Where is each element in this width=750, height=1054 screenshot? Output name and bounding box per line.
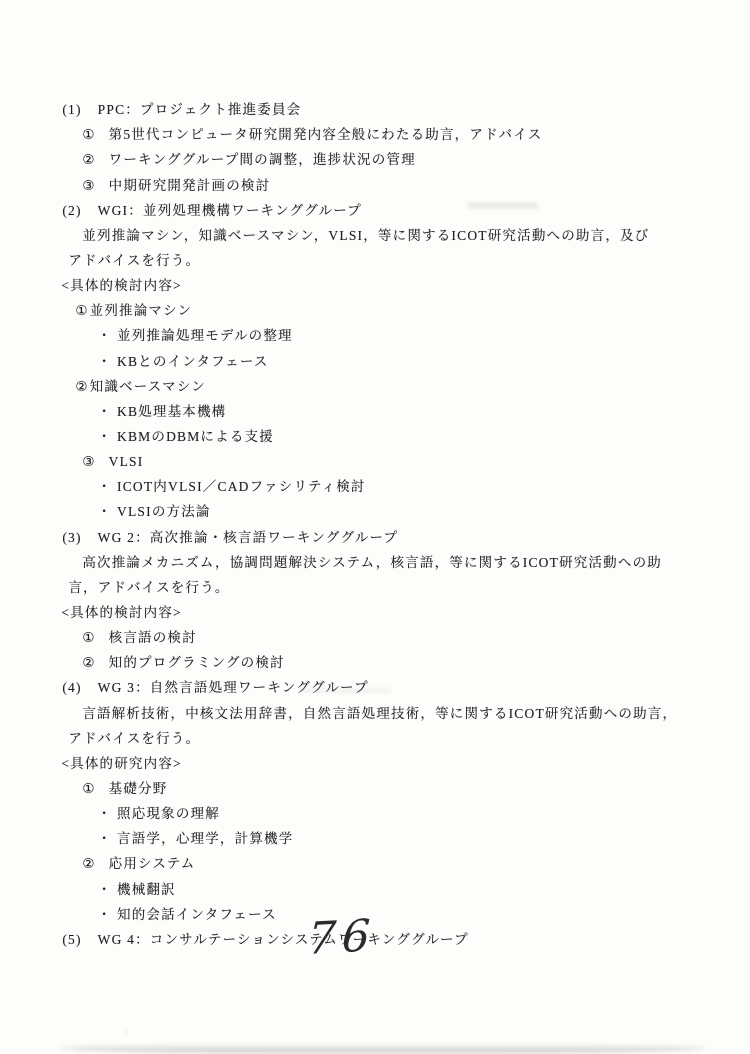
line-marker: ・ (97, 499, 112, 524)
line-text: アドバイスを行う。 (68, 253, 200, 268)
line-marker: ② (82, 147, 95, 172)
line-text: <具体的検討内容> (61, 278, 182, 293)
line-marker: ① (75, 298, 88, 323)
scan-noise-speck (124, 1030, 128, 1034)
document-lines: (1)PPC：プロジェクト推進委員会 ①第5世代コンピュータ研究開発内容全般にわ… (0, 72, 750, 927)
line-marker: (5) (62, 927, 81, 952)
line-text: WGI：並列処理機構ワーキンググループ (98, 203, 362, 218)
line-marker: ・ (97, 323, 112, 348)
line-marker: ・ (97, 877, 112, 902)
line-text: VLSI (109, 454, 144, 469)
line-marker: ③ (82, 173, 95, 198)
line-text: WG 2：高次推論・核言語ワーキンググループ (98, 530, 399, 545)
line-text: PPC：プロジェクト推進委員会 (98, 102, 302, 117)
line-text: VLSIの方法論 (117, 504, 211, 519)
line-text: <具体的検討内容> (61, 605, 182, 620)
line-marker: (3) (62, 525, 81, 550)
line-text: 並列推論マシン，知識ベースマシン，VLSI，等に関するICOT研究活動への助言，… (82, 228, 649, 243)
line-marker: ① (82, 625, 95, 650)
line-text: 基礎分野 (109, 781, 168, 796)
line-text: 機械翻訳 (117, 882, 176, 897)
line-marker: ・ (97, 424, 112, 449)
line-text: 知的会話インタフェース (117, 907, 277, 922)
handwritten-page-number: 76 (307, 910, 378, 965)
scan-noise-speck (300, 688, 390, 693)
line-text: KB処理基本機構 (117, 404, 226, 419)
line-text: <具体的研究内容> (61, 756, 182, 771)
line-text: KBMのDBMによる支援 (117, 429, 274, 444)
line-marker: ② (82, 650, 95, 675)
line-marker: ・ (97, 801, 112, 826)
line-text: アドバイスを行う。 (68, 731, 200, 746)
line-text: WG 4：コンサルテーションシステムワーキンググループ (98, 932, 469, 947)
line-text: 第5世代コンピュータ研究開発内容全般にわたる助言，アドバイス (109, 127, 543, 142)
line-marker: ② (75, 374, 88, 399)
line-marker: ・ (97, 902, 112, 927)
line-text: ワーキンググループ間の調整，進捗状況の管理 (109, 152, 416, 167)
line-text: 核言語の検討 (109, 630, 197, 645)
scan-noise-speck (468, 202, 538, 209)
document-text-line: (1)PPC：プロジェクト推進委員会 (0, 72, 750, 97)
line-marker: ・ (97, 349, 112, 374)
line-text: 知識ベースマシン (90, 379, 206, 394)
line-text: 応用システム (109, 856, 196, 871)
line-text: 言語解析技術，中核文法用辞書，自然言語処理技術，等に関するICOT研究活動への助… (82, 706, 677, 721)
line-text: KBとのインタフェース (117, 354, 269, 369)
line-text: 言語学，心理学，計算機学 (117, 831, 293, 846)
line-text: 言，アドバイスを行う。 (68, 580, 229, 595)
line-marker: ① (82, 776, 95, 801)
line-text: 高次推論メカニズム，協調問題解決システム，核言語，等に関するICOT研究活動への… (82, 555, 662, 570)
line-text: 並列推論マシン (90, 303, 193, 318)
scan-edge-shadow (60, 1044, 706, 1053)
line-text: 照応現象の理解 (117, 806, 220, 821)
line-marker: ② (82, 851, 95, 876)
line-marker: ・ (97, 474, 112, 499)
line-text: 知的プログラミングの検討 (109, 655, 285, 670)
line-marker: (1) (62, 97, 81, 122)
line-text: 並列推論処理モデルの整理 (117, 328, 293, 343)
line-text: 中期研究開発計画の検討 (109, 178, 271, 193)
line-text: ICOT内VLSI／CADファシリティ検討 (117, 479, 366, 494)
line-marker: ③ (82, 449, 95, 474)
line-marker: (4) (62, 675, 81, 700)
line-marker: (2) (62, 198, 81, 223)
line-marker: ・ (97, 826, 112, 851)
line-marker: ・ (97, 399, 112, 424)
line-marker: ① (82, 122, 95, 147)
scanned-document-page: (1)PPC：プロジェクト推進委員会 ①第5世代コンピュータ研究開発内容全般にわ… (0, 0, 750, 1054)
